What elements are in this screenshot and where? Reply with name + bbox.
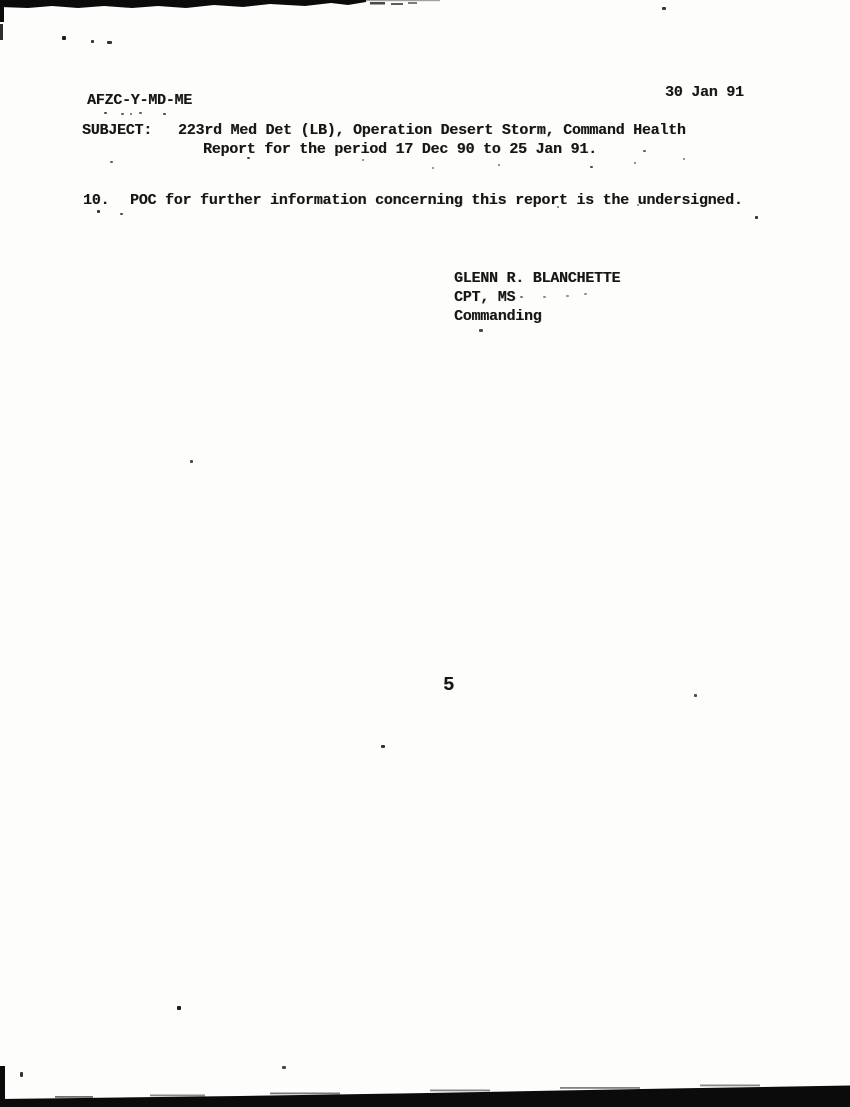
scan-speck [163, 113, 166, 115]
scan-speck [20, 1072, 23, 1077]
scan-artifact-bottom-bar [0, 1081, 850, 1107]
scan-speck [177, 1006, 181, 1010]
scan-speck [590, 166, 593, 168]
scan-speck [247, 157, 250, 159]
office-symbol: AFZC-Y-MD-ME [87, 91, 192, 110]
scan-artifact-left-edge-bottom [0, 1066, 5, 1107]
scan-speck [107, 41, 112, 44]
scan-speck [543, 296, 546, 298]
scan-speck [432, 167, 434, 169]
scan-speck [584, 293, 587, 295]
scan-speck [62, 36, 66, 40]
scan-speck [120, 213, 123, 215]
scan-speck [498, 164, 500, 166]
scan-speck [97, 210, 100, 213]
scan-artifact-left-edge-top2 [0, 24, 3, 40]
scan-speck [110, 161, 113, 163]
scan-speck [282, 1066, 286, 1069]
scan-speck [557, 206, 559, 208]
signature-rank-branch: CPT, MS [454, 288, 515, 307]
scan-speck [362, 159, 364, 161]
scan-speck [566, 295, 569, 297]
page-number: 5 [443, 676, 454, 695]
scan-artifact-top-bar [0, 0, 460, 12]
signature-title: Commanding [454, 307, 542, 326]
scan-speck [755, 216, 758, 219]
scan-speck [683, 158, 685, 160]
scan-speck [520, 296, 523, 298]
scan-speck [643, 150, 646, 152]
subject-line2: Report for the period 17 Dec 90 to 25 Ja… [203, 140, 597, 159]
scan-speck [130, 113, 132, 115]
subject-label: SUBJECT: [82, 121, 152, 140]
scan-speck [91, 40, 94, 43]
scan-speck [479, 329, 483, 332]
paragraph-text: POC for further information concerning t… [130, 191, 743, 210]
scan-speck [662, 7, 666, 10]
paragraph-number: 10. [83, 191, 109, 210]
scan-speck [694, 694, 697, 697]
scan-speck [139, 112, 142, 114]
signature-name: GLENN R. BLANCHETTE [454, 269, 620, 288]
scan-speck [634, 162, 636, 164]
scan-speck [190, 460, 193, 463]
scan-speck [381, 745, 385, 748]
memo-date: 30 Jan 91 [665, 83, 744, 102]
scan-speck [121, 113, 124, 115]
scan-artifact-left-edge-top [0, 0, 4, 22]
subject-line1: 223rd Med Det (LB), Operation Desert Sto… [178, 121, 686, 140]
scan-speck [104, 112, 107, 114]
memo-page: AFZC-Y-MD-ME 30 Jan 91 SUBJECT: 223rd Me… [0, 0, 850, 1107]
scan-speck [637, 204, 639, 206]
